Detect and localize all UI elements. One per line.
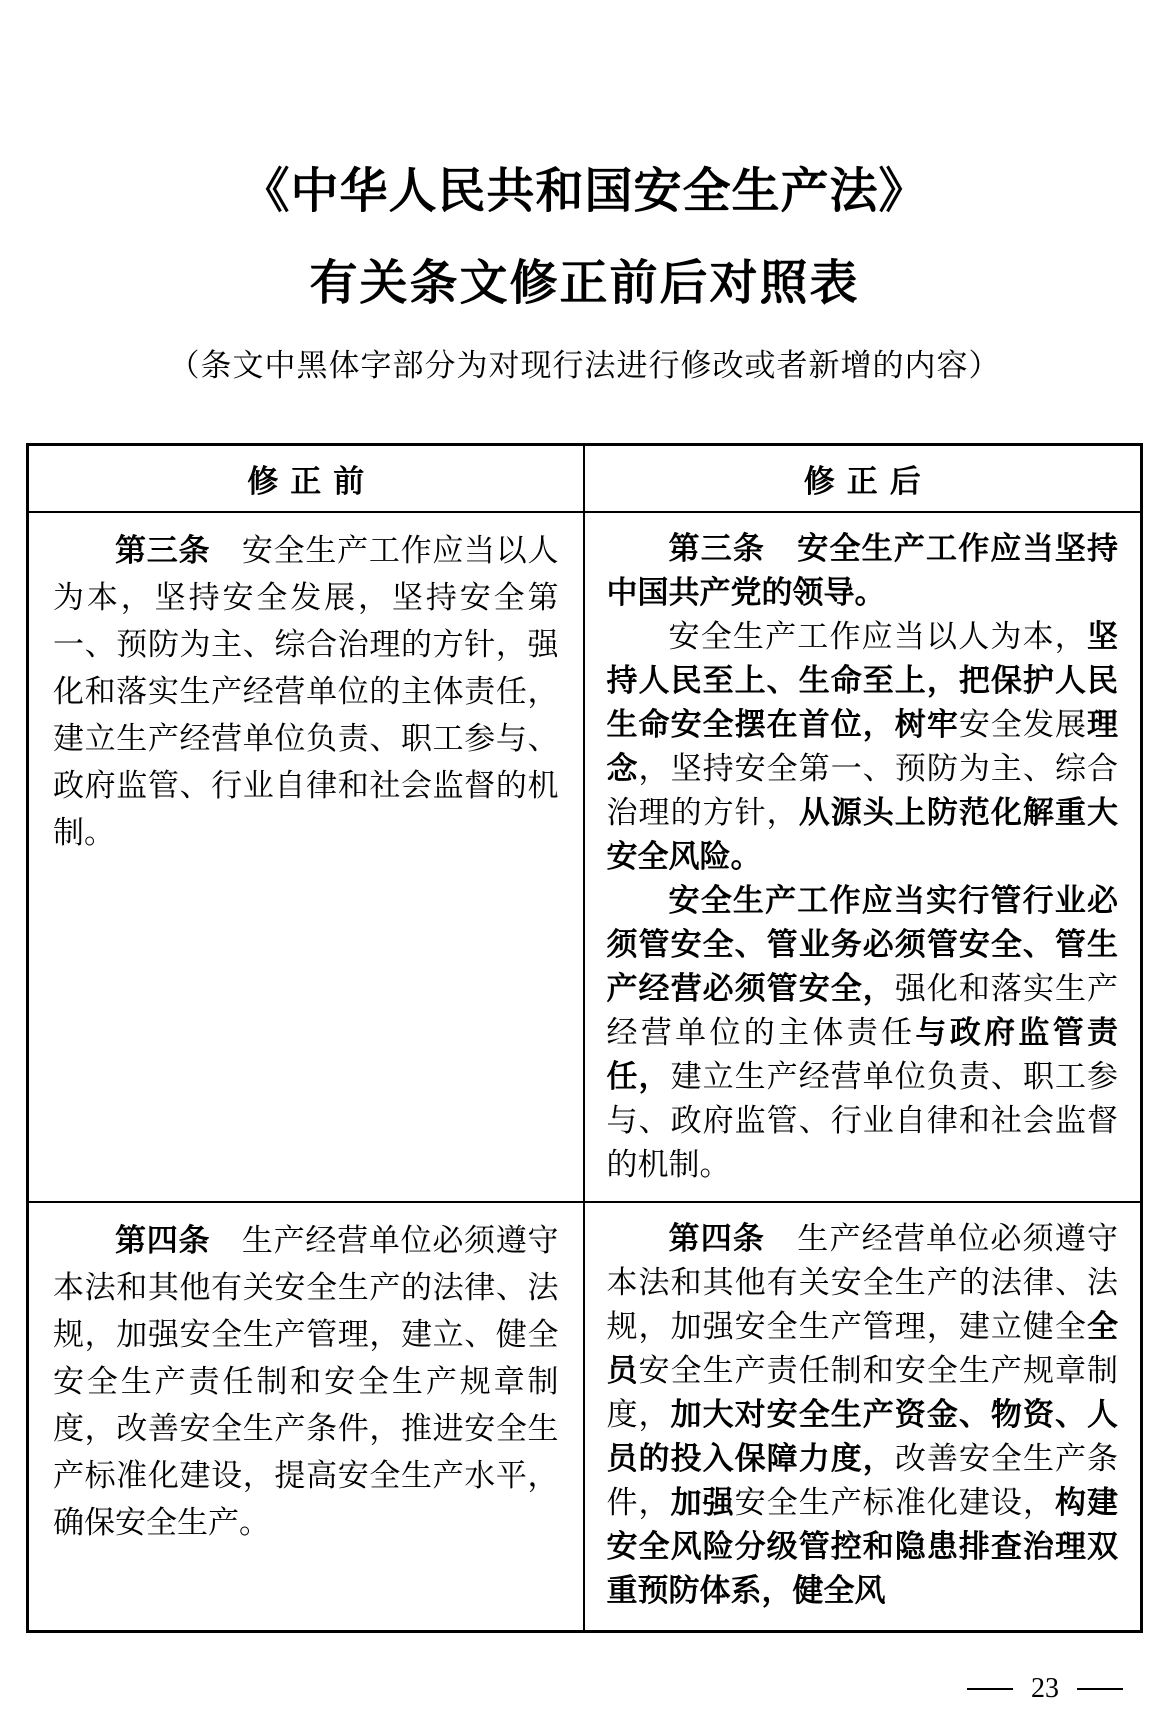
- footer-dash-left-icon: [967, 1688, 1013, 1690]
- law-paragraph: 安全生产工作应当以人为本，坚持人民至上、生命至上，把保护人民生命安全摆在首位，树…: [607, 615, 1119, 879]
- footer-dash-right-icon: [1077, 1688, 1123, 1690]
- law-paragraph: 第三条 安全生产工作应当坚持中国共产党的领导。: [607, 527, 1119, 615]
- page-footer: 23: [967, 1673, 1123, 1705]
- law-paragraph: 第四条 生产经营单位必须遵守本法和其他有关安全生产的法律、法规，加强安全生产管理…: [53, 1217, 559, 1546]
- amended-text: 加强: [671, 1485, 735, 1520]
- comparison-table: 修正前 修正后 第三条 安全生产工作应当以人为本，坚持安全发展，坚持安全第一、预…: [26, 443, 1143, 1633]
- page-title-line1: 《中华人民共和国安全生产法》: [0, 164, 1169, 219]
- document-page: { "page": { "title_line1": "《中华人民共和国安全生产…: [0, 0, 1169, 1729]
- page-subtitle: （条文中黑体字部分为对现行法进行修改或者新增的内容）: [0, 340, 1169, 385]
- amended-text: 第三条: [115, 533, 210, 568]
- original-text: 建立生产经营单位负责、职工参与、政府监管、行业自律和社会监督的机制。: [607, 1059, 1119, 1182]
- law-paragraph: 第三条 安全生产工作应当以人为本，坚持安全发展，坚持安全第一、预防为主、综合治理…: [53, 527, 559, 856]
- header-cell-before: 修正前: [29, 446, 585, 513]
- original-text: 安全生产工作应当以人为本，: [669, 619, 1088, 654]
- original-text: 生产经营单位必须遵守本法和其他有关安全生产的法律、法规，加强安全生产管理，建立、…: [53, 1223, 559, 1540]
- amended-text: 第三条: [669, 531, 766, 566]
- original-text: 安全生产标准化建设，: [735, 1485, 1055, 1520]
- page-title-line2: 有关条文修正前后对照表: [0, 256, 1169, 311]
- law-paragraph: 第四条 生产经营单位必须遵守本法和其他有关安全生产的法律、法规，加强安全生产管理…: [607, 1217, 1119, 1613]
- table-cell-before-row1: 第三条 安全生产工作应当以人为本，坚持安全发展，坚持安全第一、预防为主、综合治理…: [29, 513, 585, 1203]
- amended-text: 第四条: [669, 1221, 766, 1256]
- page-number: 23: [1031, 1673, 1059, 1705]
- table-cell-after-row1: 第三条 安全生产工作应当坚持中国共产党的领导。安全生产工作应当以人为本，坚持人民…: [585, 513, 1141, 1203]
- table-cell-before-row2: 第四条 生产经营单位必须遵守本法和其他有关安全生产的法律、法规，加强安全生产管理…: [29, 1203, 585, 1630]
- law-paragraph: 安全生产工作应当实行管行业必须管安全、管业务必须管安全、管生产经营必须管安全，强…: [607, 879, 1119, 1187]
- table-cell-after-row2: 第四条 生产经营单位必须遵守本法和其他有关安全生产的法律、法规，加强安全生产管理…: [585, 1203, 1141, 1630]
- original-text: 安全发展: [959, 707, 1087, 742]
- original-text: 安全生产工作应当以人为本，坚持安全发展，坚持安全第一、预防为主、综合治理的方针，…: [53, 533, 559, 850]
- header-cell-after: 修正后: [585, 446, 1141, 513]
- amended-text: 第四条: [115, 1223, 210, 1258]
